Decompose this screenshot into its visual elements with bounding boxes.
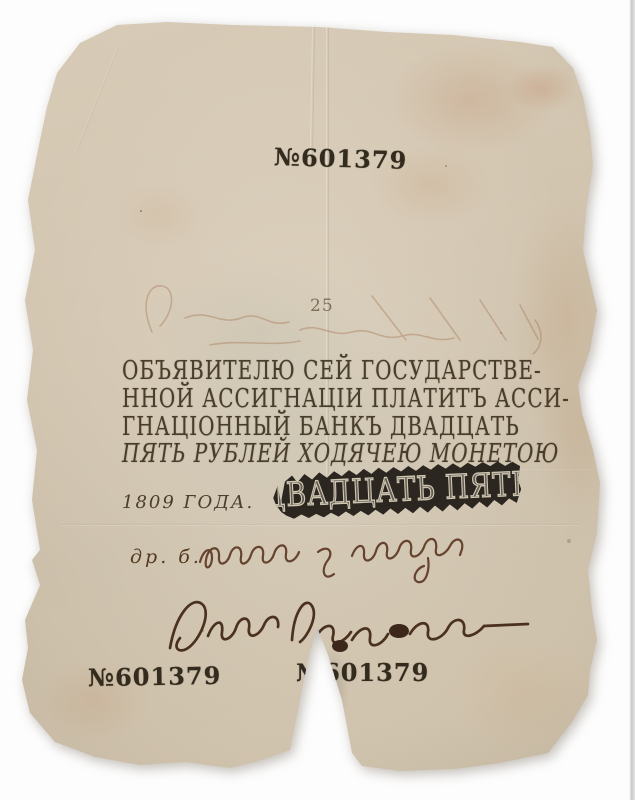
paper-wrap: №601379 25 ОБЪЯВИТЕЛЮ СЕЙ ГОСУДАРСТВЕ- Н…	[0, 0, 635, 800]
denomination-stamp-text: ДВАДЦАТЬ ПЯТЬ	[263, 465, 532, 515]
diagonal-crease-topleft	[75, 46, 120, 153]
horizontal-crease-lower	[60, 524, 580, 526]
serial-number-top: №601379	[274, 142, 408, 175]
serial-number-bottom-left: №601379	[88, 661, 222, 692]
decree-text-line-4: ПЯТЬ РУБЛЕЙ ХОДЯЧЕЮ МОНЕТОЮ	[122, 437, 522, 469]
decree-text-line-1: ОБЪЯВИТЕЛЮ СЕЙ ГОСУДАРСТВЕ-	[122, 354, 522, 386]
vertical-crease-short	[310, 22, 315, 157]
serial-number-bottom-center: №601379	[296, 658, 429, 687]
ghost-writing	[146, 286, 541, 354]
cashier-signature-stroke	[200, 539, 462, 582]
foxing-specks	[140, 210, 142, 212]
decree-text-line-2: ННОЙ АССИГНАЦІИ ПЛАТИТЪ АССИ-	[122, 382, 522, 414]
director-signature-stroke	[170, 602, 528, 652]
year-label: 1809 ГОДА.	[122, 492, 254, 513]
banknote-photo: №601379 25 ОБЪЯВИТЕЛЮ СЕЙ ГОСУДАРСТВЕ- Н…	[0, 0, 635, 800]
signature-prefix: др. б.	[130, 546, 202, 568]
denomination-watermark-25: 25	[310, 296, 334, 316]
denomination-stamp: ДВАДЦАТЬ ПЯТЬ	[272, 460, 522, 519]
paper-sheet: №601379 25 ОБЪЯВИТЕЛЮ СЕЙ ГОСУДАРСТВЕ- Н…	[0, 0, 635, 800]
